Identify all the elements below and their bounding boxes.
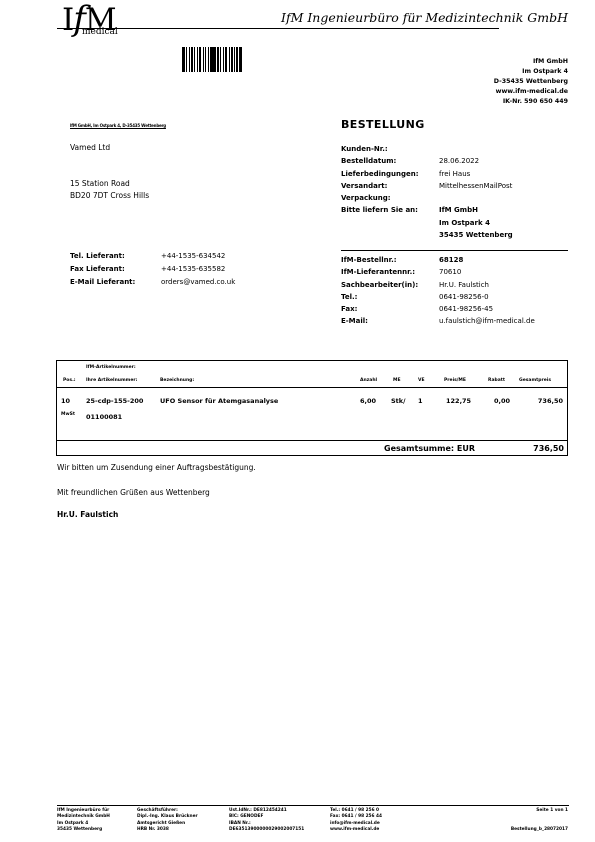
footer-contact: Tel.: 0641 / 98 256 0 Fax: 0641 / 98 256… bbox=[330, 808, 382, 834]
recipient-city: BD20 7DT Cross Hills bbox=[70, 190, 149, 202]
row-price: 122,75 bbox=[446, 397, 471, 405]
value: +44-1535-635582 bbox=[161, 263, 225, 276]
table-total-divider bbox=[56, 440, 568, 441]
field-value: 0641-98256-0 bbox=[439, 291, 489, 303]
field-value: frei Haus bbox=[439, 168, 470, 180]
col-total: Gesamtpreis bbox=[519, 378, 551, 383]
order-field: Verpackung: bbox=[341, 192, 513, 204]
field-label: Fax: bbox=[341, 303, 439, 315]
header-divider bbox=[57, 28, 499, 29]
field-label: Versandart: bbox=[341, 180, 439, 192]
document-reference: Bestellung_b_28072017 bbox=[511, 827, 568, 833]
footer-line: www.ifm-medical.de bbox=[330, 827, 382, 833]
label: Fax Lieferant: bbox=[70, 263, 161, 276]
field-label: Kunden-Nr.: bbox=[341, 143, 439, 155]
col-your-article: Ihre Artikelnummer: bbox=[86, 378, 137, 383]
grand-total-label: Gesamtsumme: EUR bbox=[384, 444, 475, 453]
table-header-divider bbox=[56, 387, 568, 388]
sender-address: IfM GmbH Im Ostpark 4 D-35435 Wettenberg… bbox=[494, 57, 568, 107]
footer-line: Medizintechnik GmbH bbox=[57, 814, 110, 820]
sender-line: IfM GmbH bbox=[494, 57, 568, 67]
row-total: 736,50 bbox=[538, 397, 563, 405]
recipient-street: 15 Station Road bbox=[70, 178, 149, 190]
footer-divider bbox=[57, 805, 569, 806]
field-value: MittelhessenMailPost bbox=[439, 180, 512, 192]
supplier-email: E-Mail Lieferant: orders@vamed.co.uk bbox=[70, 276, 235, 289]
value: +44-1535-634542 bbox=[161, 250, 225, 263]
supplier-contacts: Tel. Lieferant: +44-1535-634542 Fax Lief… bbox=[70, 250, 235, 289]
confirmation-request: Wir bitten um Zusendung einer Auftragsbe… bbox=[57, 463, 256, 472]
supplier-fax: Fax Lieferant: +44-1535-635582 bbox=[70, 263, 235, 276]
row-your-article: 25-cdp-155-200 bbox=[86, 397, 143, 405]
row-unit: Stk/ bbox=[391, 397, 406, 405]
label: E-Mail Lieferant: bbox=[70, 276, 161, 289]
footer-bank: Ust.IdNr.: DE812454241 BIC: GENODEF IBAN… bbox=[229, 808, 304, 834]
greeting: Mit freundlichen Grüßen aus Wettenberg bbox=[57, 488, 210, 497]
footer-line: Dipl.-Ing. Klaus Brückner bbox=[137, 814, 198, 820]
label: Tel. Lieferant: bbox=[70, 250, 161, 263]
field-value: 0641-98256-45 bbox=[439, 303, 493, 315]
recipient-address: Vamed Ltd 15 Station Road BD20 7DT Cross… bbox=[70, 142, 149, 202]
return-address: IfM GmbH, Im Ostpark 4, D-35435 Wettenbe… bbox=[70, 123, 166, 128]
order-field: Bestelldatum:28.06.2022 bbox=[341, 155, 513, 167]
value: orders@vamed.co.uk bbox=[161, 276, 235, 289]
col-pos: Pos.: bbox=[63, 378, 76, 383]
footer-line: HRB Nr. 3038 bbox=[137, 827, 198, 833]
sender-line: D-35435 Wettenberg bbox=[494, 77, 568, 87]
order-field: E-Mail:u.faulstich@ifm-medical.de bbox=[341, 315, 535, 327]
field-value: IfM GmbH bbox=[439, 204, 478, 216]
footer-line: DE63513900000029002007151 bbox=[229, 827, 304, 833]
row-pack: 1 bbox=[418, 397, 423, 405]
row-pos: 10 bbox=[61, 397, 70, 405]
footer-line: Fax: 0641 / 98 256 44 bbox=[330, 814, 382, 820]
row-description: UFO Sensor für Atemgasanalyse bbox=[160, 397, 278, 405]
field-label: IfM-Lieferantennr.: bbox=[341, 266, 439, 278]
field-label: Tel.: bbox=[341, 291, 439, 303]
sender-line: www.ifm-medical.de bbox=[494, 87, 568, 97]
field-label: Lieferbedingungen: bbox=[341, 168, 439, 180]
sender-line: IK-Nr. 590 650 449 bbox=[494, 97, 568, 107]
document-title: BESTELLUNG bbox=[341, 118, 425, 131]
field-label: E-Mail: bbox=[341, 315, 439, 327]
field-value: Im Ostpark 4 bbox=[439, 217, 490, 229]
row-ifm-article: 01100081 bbox=[86, 413, 122, 421]
order-field: Lieferbedingungen:frei Haus bbox=[341, 168, 513, 180]
field-label: Bitte liefern Sie an: bbox=[341, 204, 439, 216]
order-field: Versandart:MittelhessenMailPost bbox=[341, 180, 513, 192]
col-price: Preis/ME bbox=[444, 378, 466, 383]
order-field: Fax:0641-98256-45 bbox=[341, 303, 535, 315]
field-value: u.faulstich@ifm-medical.de bbox=[439, 315, 535, 327]
field-value: 68128 bbox=[439, 254, 463, 266]
barcode bbox=[182, 47, 297, 72]
col-description: Bezeichnung: bbox=[160, 378, 194, 383]
order-field: Bitte liefern Sie an:IfM GmbH bbox=[341, 204, 513, 216]
footer-management: Geschäftsführer: Dipl.-Ing. Klaus Brückn… bbox=[137, 808, 198, 834]
recipient-name: Vamed Ltd bbox=[70, 142, 149, 154]
footer-company: IfM Ingenieurbüro für Medizintechnik Gmb… bbox=[57, 808, 110, 834]
field-value: 35435 Wettenberg bbox=[439, 229, 513, 241]
signature: Hr.U. Faulstich bbox=[57, 510, 118, 519]
order-contact-details: IfM-Bestellnr.:68128IfM-Lieferantennr.:7… bbox=[341, 254, 535, 328]
footer-page-info: Seite 1 von 1 Bestellung_b_28072017 bbox=[511, 808, 568, 834]
order-field: Sachbearbeiter(in):Hr.U. Faulstich bbox=[341, 279, 535, 291]
field-value: Hr.U. Faulstich bbox=[439, 279, 489, 291]
field-value: 28.06.2022 bbox=[439, 155, 479, 167]
row-discount: 0,00 bbox=[494, 397, 510, 405]
row-mwst: MwSt bbox=[61, 412, 75, 417]
field-label: Bestelldatum: bbox=[341, 155, 439, 167]
order-field: Tel.:0641-98256-0 bbox=[341, 291, 535, 303]
order-field: IfM-Lieferantennr.:70610 bbox=[341, 266, 535, 278]
footer-line: 35435 Wettenberg bbox=[57, 827, 110, 833]
items-table bbox=[56, 360, 568, 456]
order-field: IfM-Bestellnr.:68128 bbox=[341, 254, 535, 266]
order-field: 35435 Wettenberg bbox=[341, 229, 513, 241]
order-details: Kunden-Nr.:Bestelldatum:28.06.2022Liefer… bbox=[341, 143, 513, 241]
col-ifm-article: IfM-Artikelnummer: bbox=[86, 365, 136, 370]
field-value: 70610 bbox=[439, 266, 461, 278]
order-field: Im Ostpark 4 bbox=[341, 217, 513, 229]
row-quantity: 6,00 bbox=[360, 397, 376, 405]
field-label: Verpackung: bbox=[341, 192, 439, 204]
field-label bbox=[341, 217, 439, 229]
company-name: IfM Ingenieurbüro für Medizintechnik Gmb… bbox=[281, 10, 568, 25]
grand-total-value: 736,50 bbox=[533, 444, 564, 453]
supplier-phone: Tel. Lieferant: +44-1535-634542 bbox=[70, 250, 235, 263]
col-unit: ME bbox=[393, 378, 401, 383]
order-field: Kunden-Nr.: bbox=[341, 143, 513, 155]
order-divider bbox=[341, 250, 568, 251]
sender-line: Im Ostpark 4 bbox=[494, 67, 568, 77]
field-label: Sachbearbeiter(in): bbox=[341, 279, 439, 291]
field-label: IfM-Bestellnr.: bbox=[341, 254, 439, 266]
col-discount: Rabatt bbox=[488, 378, 505, 383]
col-pack: VE bbox=[418, 378, 425, 383]
col-quantity: Anzahl bbox=[360, 378, 377, 383]
field-label bbox=[341, 229, 439, 241]
